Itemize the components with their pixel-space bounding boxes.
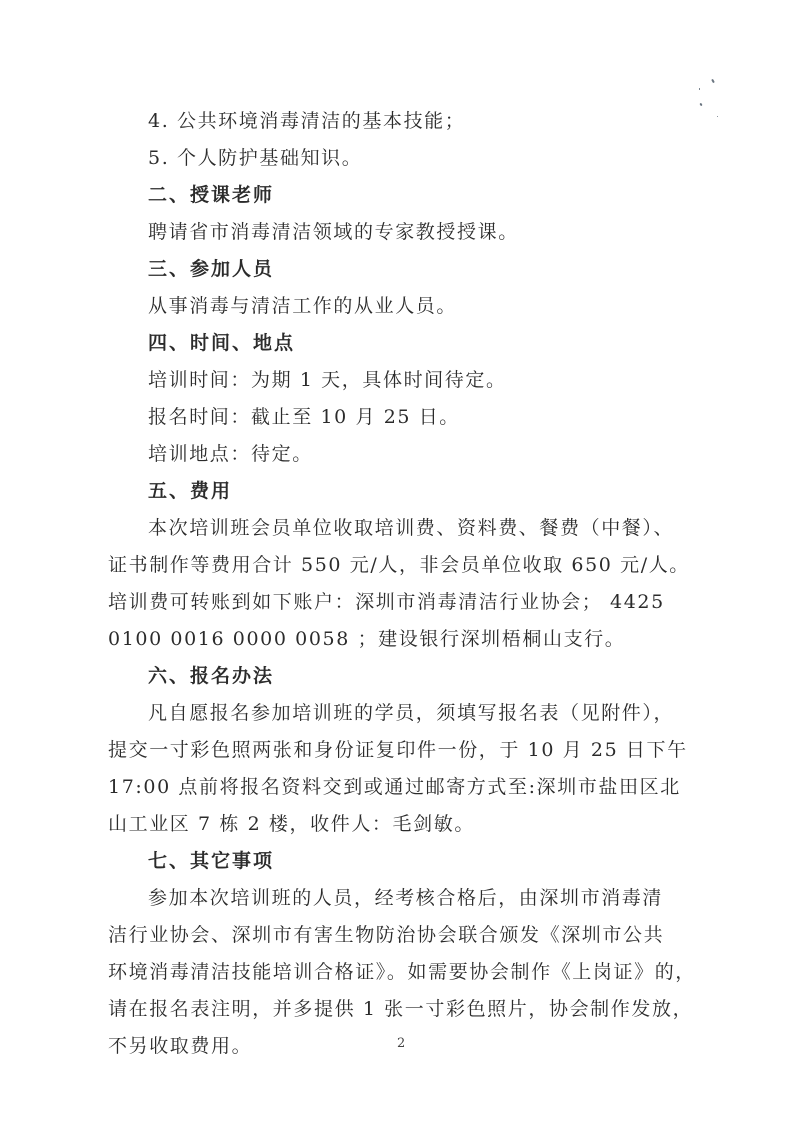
- training-time-text: 培训时间：为期 1 天，具体时间待定。: [148, 367, 507, 393]
- fees-paragraph-line-1: 本次培训班会员单位收取培训费、资料费、餐费（中餐）、: [148, 515, 674, 541]
- other-paragraph-line-5: 不另收取费用。: [108, 1033, 252, 1059]
- section-heading-instructors: 二、授课老师: [148, 182, 274, 208]
- other-paragraph-line-3: 环境消毒清洁技能培训合格证》。如需要协会制作《上岗证》的，: [108, 959, 696, 985]
- registration-paragraph-line-4: 山工业区 7 栋 2 楼，收件人：毛剑敏。: [108, 811, 475, 837]
- fees-paragraph-line-3: 培训费可转账到如下账户：深圳市消毒清洁行业协会； 4425: [108, 589, 665, 615]
- training-location-text: 培训地点：待定。: [148, 441, 313, 467]
- section-heading-fees: 五、费用: [148, 478, 232, 504]
- page-number: 2: [397, 1036, 405, 1051]
- registration-paragraph-line-3: 17:00 点前将报名资料交到或通过邮寄方式至:深圳市盐田区北: [108, 774, 681, 800]
- list-item-5: 5. 个人防护基础知识。: [148, 145, 362, 171]
- list-item-4: 4. 公共环境消毒清洁的基本技能；: [148, 108, 465, 134]
- section-heading-registration: 六、报名办法: [148, 663, 274, 689]
- scan-speck: [711, 79, 715, 83]
- participants-text: 从事消毒与清洁工作的从业人员。: [148, 293, 457, 319]
- scan-speck: [717, 116, 718, 117]
- fees-paragraph-line-2: 证书制作等费用合计 550 元/人，非会员单位收取 650 元/人。: [108, 552, 690, 578]
- fees-paragraph-line-4: 0100 0016 0000 0058 ；建设银行深圳梧桐山支行。: [108, 626, 625, 652]
- scan-speck: [699, 88, 700, 90]
- registration-paragraph-line-2: 提交一寸彩色照两张和身份证复印件一份，于 10 月 25 日下午: [108, 737, 688, 763]
- other-paragraph-line-4: 请在报名表注明，并多提供 1 张一寸彩色照片，协会制作发放，: [108, 996, 693, 1022]
- section-heading-participants: 三、参加人员: [148, 256, 274, 282]
- section-heading-other: 七、其它事项: [148, 848, 274, 874]
- registration-paragraph-line-1: 凡自愿报名参加培训班的学员，须填写报名表（见附件），: [148, 700, 674, 726]
- document-page: 4. 公共环境消毒清洁的基本技能； 5. 个人防护基础知识。 二、授课老师 聘请…: [0, 0, 800, 1132]
- registration-time-text: 报名时间：截止至 10 月 25 日。: [148, 404, 460, 430]
- instructors-text: 聘请省市消毒清洁领域的专家教授授课。: [148, 219, 519, 245]
- other-paragraph-line-1: 参加本次培训班的人员，经考核合格后，由深圳市消毒清: [148, 885, 663, 911]
- section-heading-time-place: 四、时间、地点: [148, 330, 295, 356]
- other-paragraph-line-2: 洁行业协会、深圳市有害生物防治协会联合颁发《深圳市公共: [108, 922, 664, 948]
- scan-speck: [699, 103, 702, 107]
